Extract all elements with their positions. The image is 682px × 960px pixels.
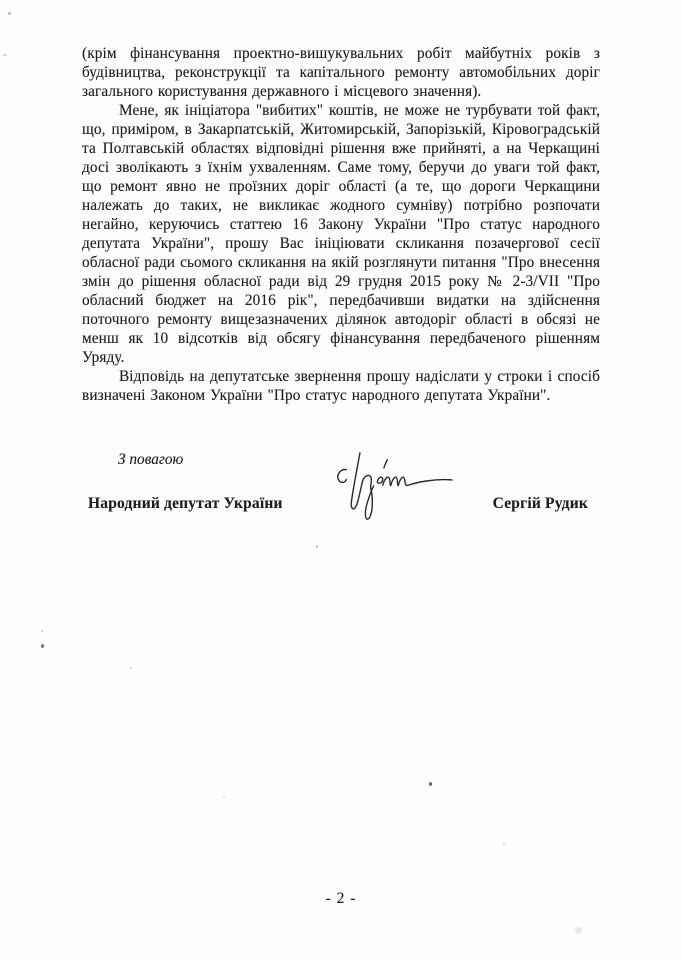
letter-paragraph: Відповідь на депутатське звернення прошу…: [82, 367, 600, 405]
scan-artifact: [8, 12, 11, 15]
scan-artifact: [41, 630, 43, 632]
scan-artifact: [316, 545, 318, 548]
scan-artifact: [429, 782, 432, 786]
scanned-letter-page: (крім фінансування проектно-вишукувальни…: [0, 0, 682, 960]
scan-artifact: [130, 667, 132, 669]
scan-artifact: [575, 927, 582, 934]
letter-paragraph: Мене, як ініціатора "вибитих" коштів, не…: [82, 101, 600, 367]
signer-title: Народний депутат України: [88, 495, 283, 513]
page-number: - 2 -: [0, 890, 682, 908]
scan-artifact: [503, 843, 505, 845]
signer-name: Сергій Рудик: [493, 495, 588, 513]
handwritten-signature-icon: [322, 442, 462, 536]
scan-artifact: [41, 644, 44, 648]
scan-artifact: [223, 796, 225, 798]
scan-artifact: [3, 54, 6, 56]
letter-paragraph: (крім фінансування проектно-вишукувальни…: [82, 44, 600, 101]
